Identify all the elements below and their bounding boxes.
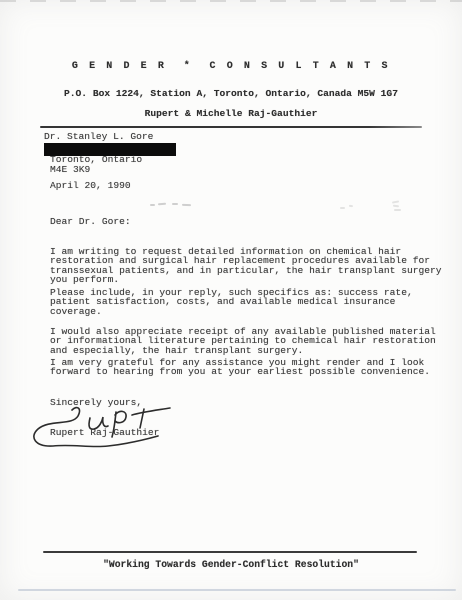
body-paragraph-3: I would also appreciate receipt of any a… [50,327,436,355]
recipient-postal-code: M4E 3K9 [50,165,90,175]
recipient-name: Dr. Stanley L. Gore [44,132,175,144]
scan-artifact-smudge [158,203,166,205]
body-line: you perform. [50,275,442,284]
scan-artifact-smudge [172,203,178,205]
scan-artifact-smudge [340,207,345,209]
body-line: forward to hearing from you at your earl… [50,367,430,376]
scan-artifact-bottom-edge [18,589,456,591]
scan-artifact-smudge [394,209,401,211]
scan-artifact-smudge [393,205,399,207]
salutation: Dear Dr. Gore: [50,217,131,227]
signer-name: Rupert Raj-Gauthier [50,428,159,438]
scan-artifact-smudge [392,200,399,203]
letterhead-address: P.O. Box 1224, Station A, Toronto, Ontar… [0,89,462,99]
scan-artifact-smudge [182,204,191,206]
footer-slogan: "Working Towards Gender-Conflict Resolut… [0,560,462,570]
body-line: patient satisfaction, costs, and availab… [50,297,413,306]
date-line: April 20, 1990 [50,181,131,191]
scan-artifact-smudge [349,205,353,207]
body-line: and especially, the hair transplant surg… [50,346,436,355]
scan-artifact-smudge [150,204,155,206]
letterhead-title: G E N D E R * C O N S U L T A N T S [0,62,462,72]
letterhead-divider [40,126,422,128]
body-line: coverage. [50,307,413,316]
body-paragraph-1: I am writing to request detailed informa… [50,247,442,284]
body-paragraph-2: Please include, in your reply, such spec… [50,288,413,316]
scan-artifact-top-edge [0,0,462,2]
body-paragraph-4: I am very grateful for any assistance yo… [50,358,430,377]
scanned-letter-page: G E N D E R * C O N S U L T A N T S P.O.… [0,0,462,600]
letterhead-names: Rupert & Michelle Raj-Gauthier [0,109,462,119]
footer-divider [43,551,417,553]
